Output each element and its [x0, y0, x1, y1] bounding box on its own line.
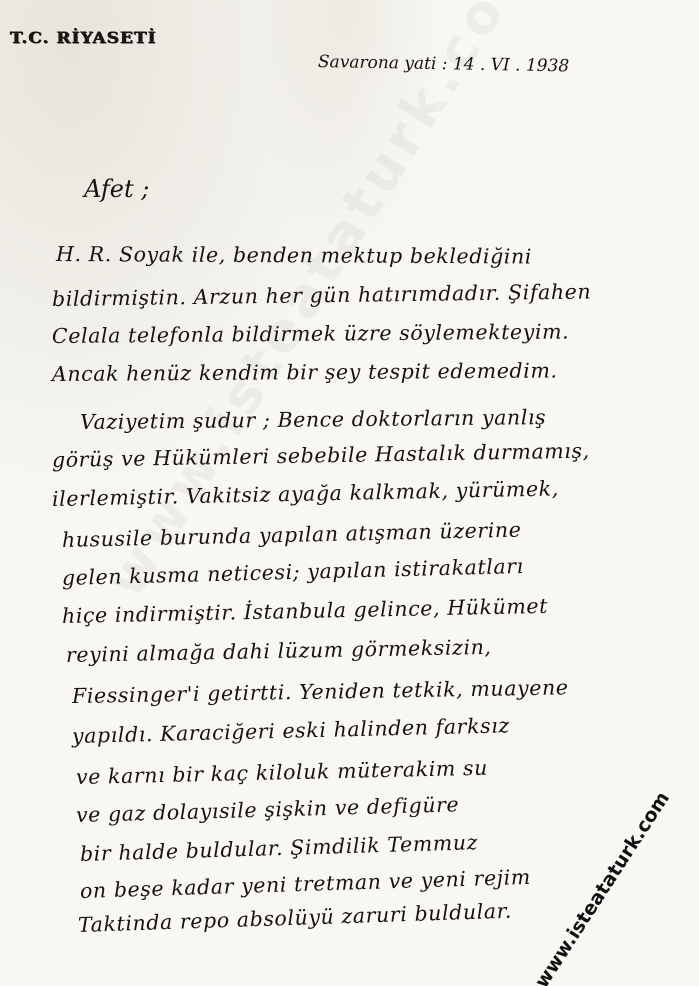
body-line: bildirmiştin. Arzun her gün hatırımdadır… — [52, 279, 592, 311]
body-line: on beşe kadar yeni tretman ve yeni rejim — [80, 865, 532, 903]
letterhead: T.C. RİYASETİ — [10, 29, 157, 48]
body-line: görüş ve Hükümleri sebebile Hastalık dur… — [52, 439, 590, 472]
body-line: bir halde buldular. Şimdilik Temmuz — [80, 830, 479, 866]
body-line: reyini almağa dahi lüzum görmeksizin, — [66, 635, 492, 667]
body-line: yapıldı. Karaciğeri eski halinden farksı… — [72, 713, 510, 748]
body-line: hiçe indirmiştir. İstanbula gelince, Hük… — [62, 594, 548, 628]
body-line: Ancak henüz kendim bir şey tespit edemed… — [52, 358, 558, 386]
body-line: ilerlemiştir. Vakitsiz ayağa kalkmak, yü… — [52, 476, 559, 511]
body-line: Fiessinger'i getirtti. Yeniden tetkik, m… — [72, 675, 569, 708]
body-line: Taktinda repo absolüyü zaruri buldular. — [78, 899, 513, 937]
letter-page: www.isteataturk.com T.C. RİYASETİ Savaro… — [0, 0, 699, 986]
body-line: ve karnı bir kaç kiloluk müterakim su — [76, 756, 489, 789]
salutation: Afet ; — [84, 175, 149, 203]
date-line: Savarona yati : 14 . VI . 1938 — [318, 52, 570, 76]
body-line: gelen kusma neticesi; yapılan istirakatl… — [62, 554, 524, 590]
body-line: Vaziyetim şudur ; Bence doktorların yanl… — [80, 405, 546, 434]
body-line: hususile burunda yapılan atışman üzerine — [62, 518, 522, 552]
body-line: H. R. Soyak ile, benden mektup beklediği… — [56, 242, 532, 268]
body-line: ve gaz dolayısile şişkin ve defigüre — [76, 792, 460, 827]
watermark-corner-url: www.isteataturk.com — [531, 788, 674, 986]
body-line: Celala telefonla bildirmek üzre söylemek… — [52, 319, 569, 348]
